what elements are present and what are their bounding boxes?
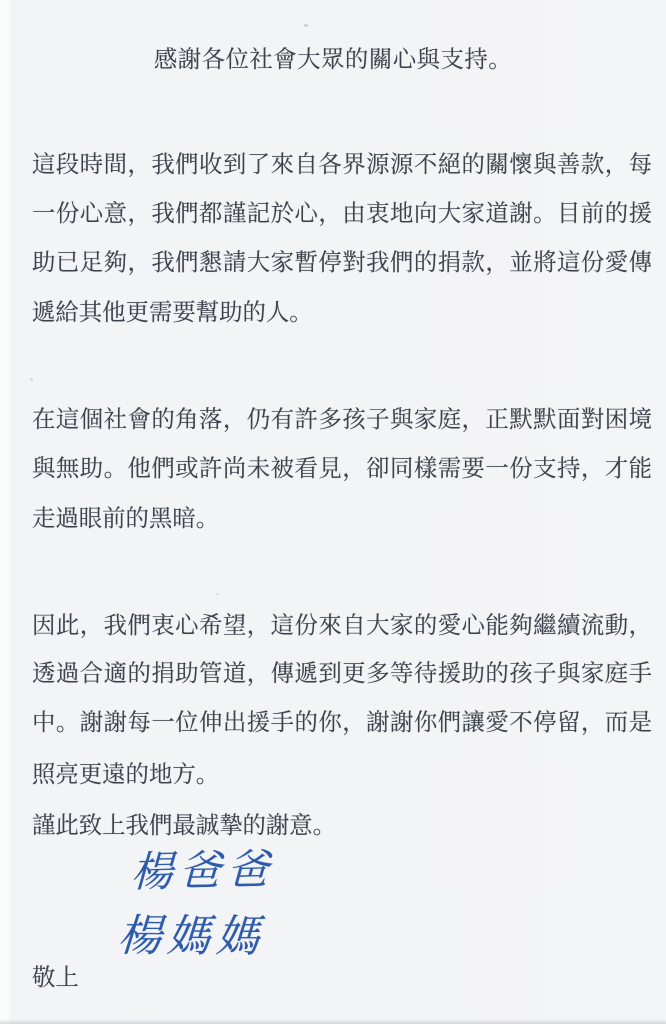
scan-speck xyxy=(30,378,33,381)
letter-line: 因此，我們衷心希望，這份來自大家的愛心能夠繼續流動， xyxy=(32,610,652,640)
letter-line: 透過合適的捐助管道，傳遞到更多等待援助的孩子與家庭手 xyxy=(32,658,652,688)
letter-line: 一份心意，我們都謹記於心，由衷地向大家道謝。目前的援 xyxy=(32,198,652,228)
letter-line: 中。謝謝每一位伸出援手的你，謝謝你們讓愛不停留，而是 xyxy=(32,707,652,737)
letter-line: 在這個社會的角落，仍有許多孩子與家庭，正默默面對困境 xyxy=(32,404,652,434)
letter-line: 助已足夠，我們懇請大家暫停對我們的捐款，並將這份愛傳 xyxy=(32,247,652,277)
letter-line: 照亮更遠的地方。 xyxy=(32,759,652,789)
scan-left-edge-highlight xyxy=(0,0,9,1024)
letter-title: 感謝各位社會大眾的關心與支持。 xyxy=(0,44,666,74)
scanned-letter-page: 感謝各位社會大眾的關心與支持。 這段時間，我們收到了來自各界源源不絕的關懷與善款… xyxy=(0,0,666,1024)
valediction: 敬上 xyxy=(32,962,652,992)
letter-line: 與無助。他們或許尚未被看見，卻同樣需要一份支持，才能 xyxy=(32,453,652,483)
letter-line: 這段時間，我們收到了來自各界源源不絕的關懷與善款，每 xyxy=(32,149,652,179)
signature-father-yang: 楊爸爸 xyxy=(130,836,276,899)
scan-speck xyxy=(304,24,308,27)
scan-speck xyxy=(216,593,219,595)
signature-mother-yang: 楊媽媽 xyxy=(116,899,267,964)
letter-line: 遞給其他更需要幫助的人。 xyxy=(32,297,652,327)
letter-line: 走過眼前的黑暗。 xyxy=(32,503,652,533)
scan-edge-shadow xyxy=(0,1019,666,1024)
closing-line: 謹此致上我們最誠摯的謝意。 xyxy=(32,810,652,840)
